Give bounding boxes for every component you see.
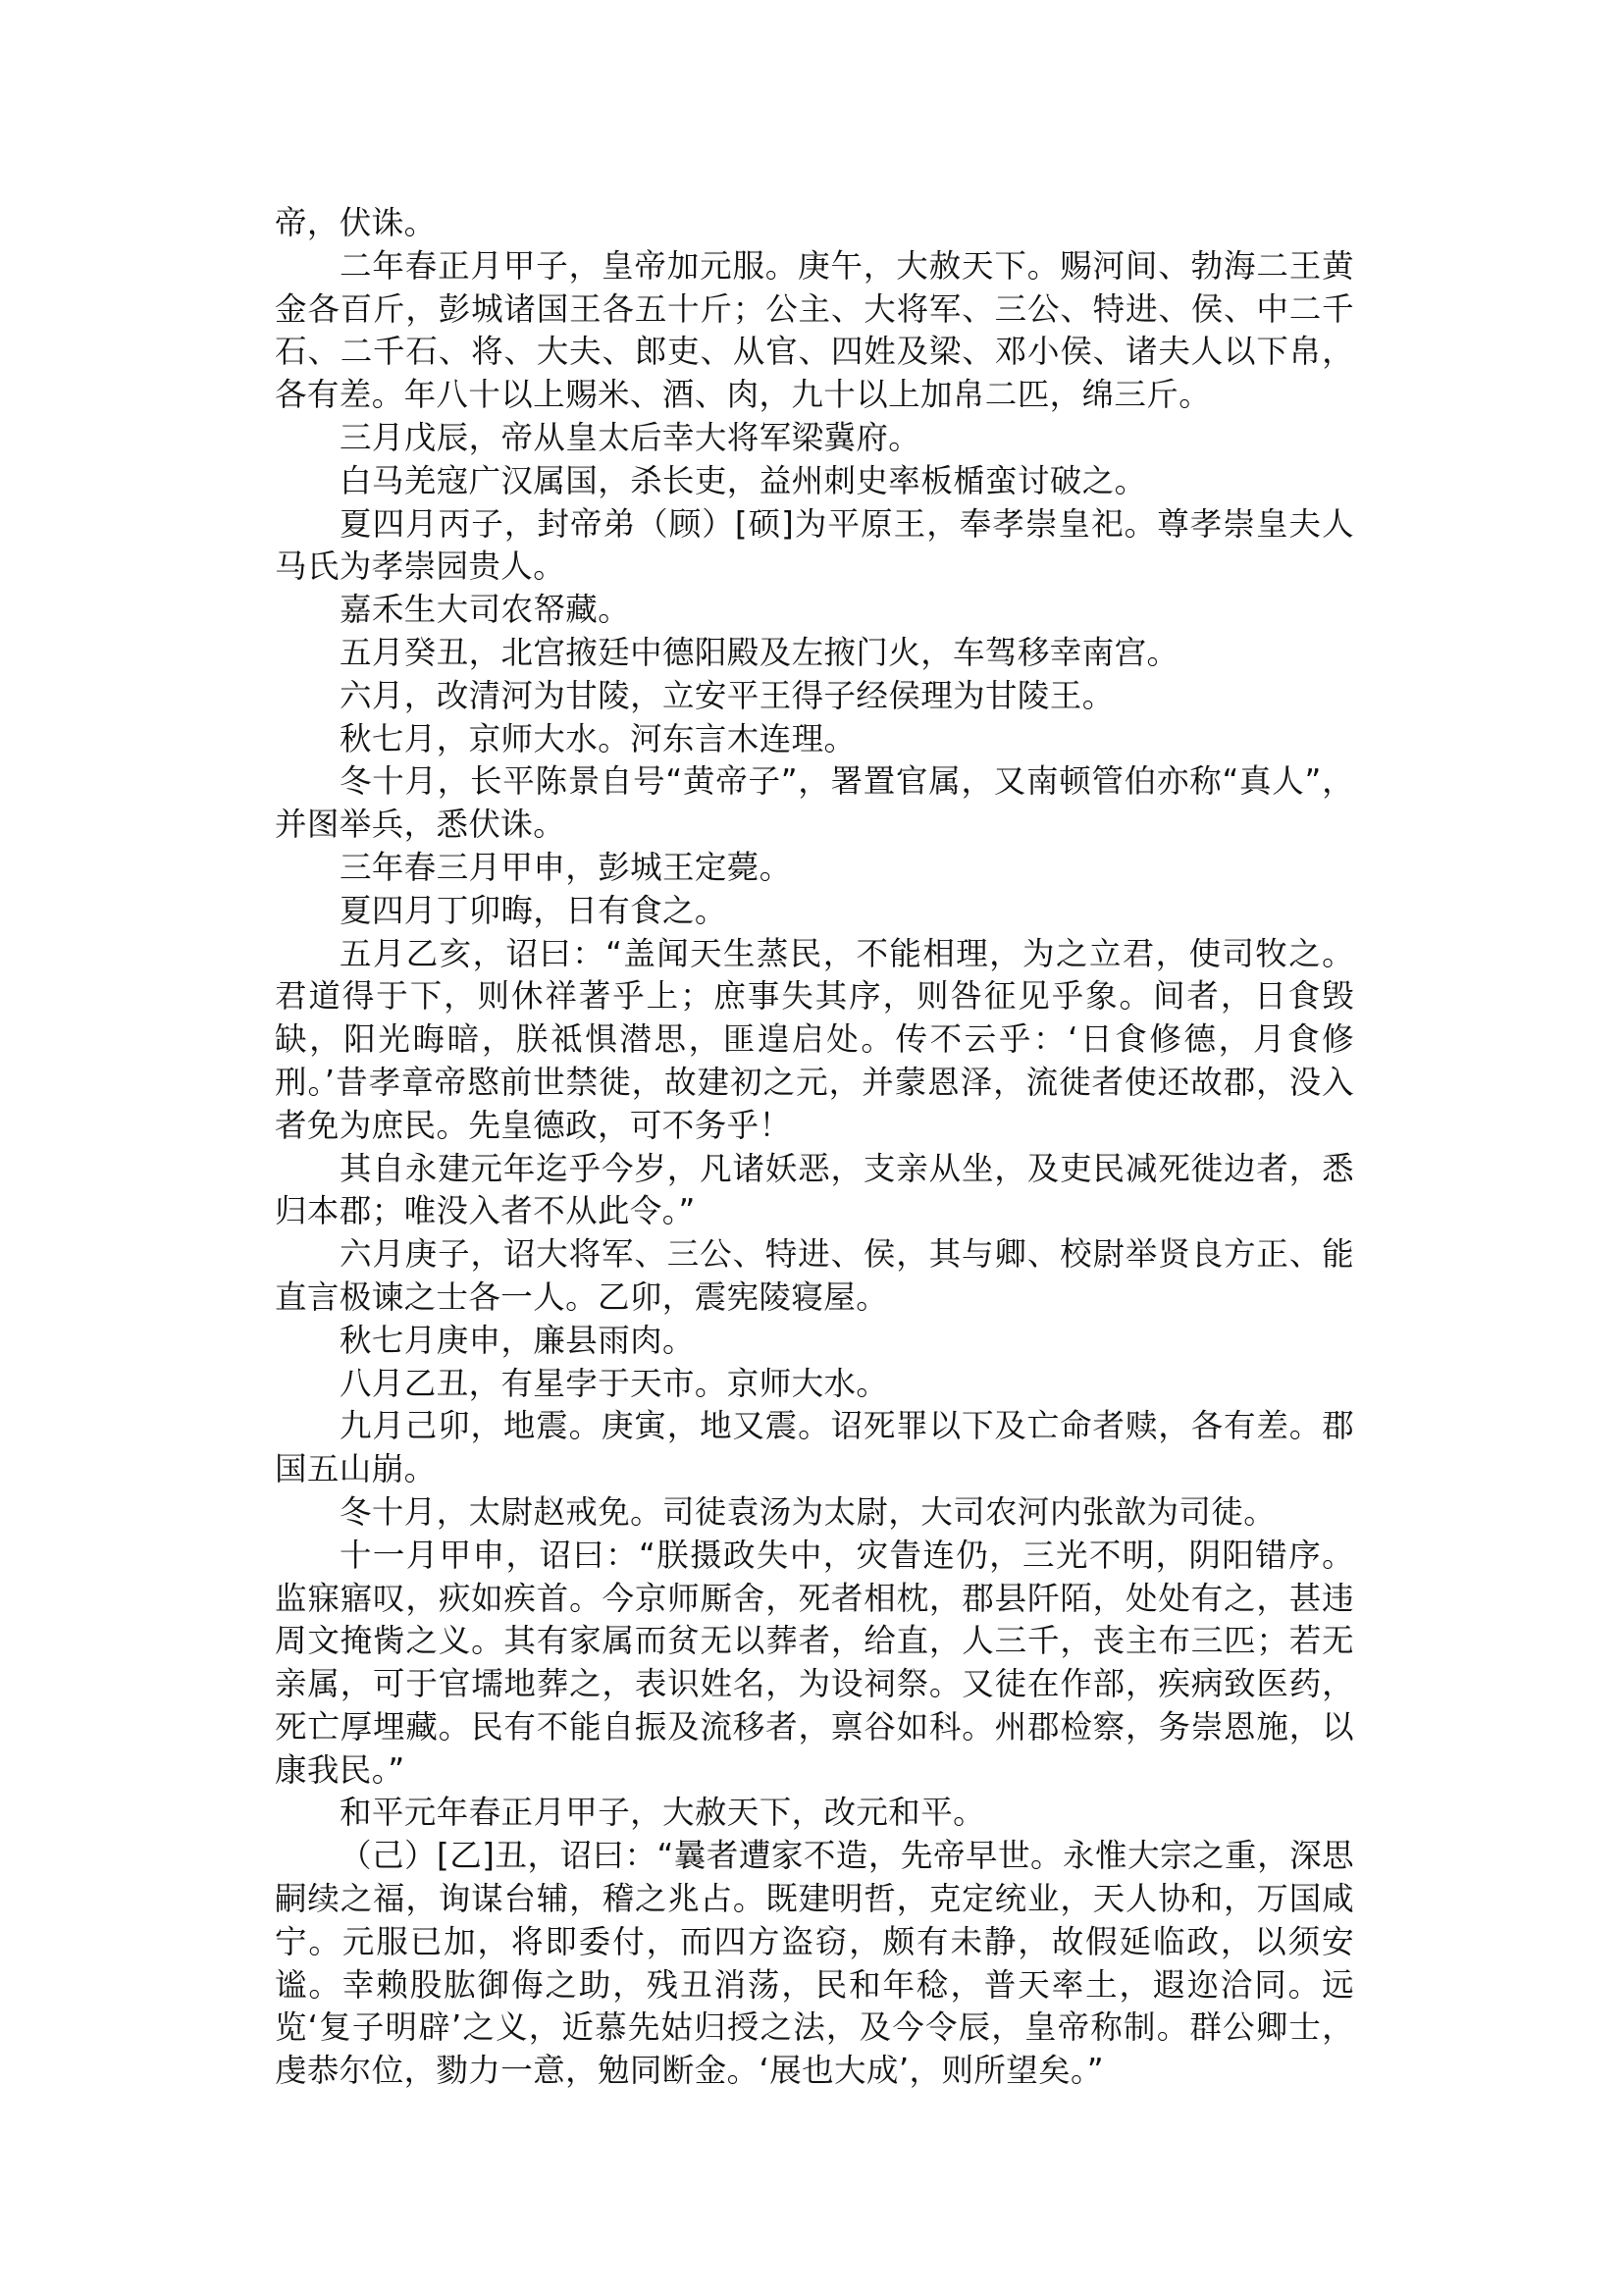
- paragraph-year2-spring: 二年春正月甲子，皇帝加元服。庚午，大赦天下。赐河间、勃海二王黄金各百斤，彭城诸国…: [275, 245, 1354, 417]
- paragraph-autumn-flood: 秋七月，京师大水。河东言木连理。: [275, 718, 1354, 761]
- paragraph-baima-qiang: 白马羌寇广汉属国，杀长吏，益州刺史率板楯蛮讨破之。: [275, 460, 1354, 503]
- paragraph-winter-rebels: 冬十月，长平陈景自号“黄帝子”，署置官属，又南顿管伯亦称“真人”，并图举兵，悉伏…: [275, 760, 1354, 847]
- paragraph-edict-fifth-month: 五月乙亥，诏曰：“盖闻天生蒸民，不能相理，为之立君，使司牧之。君道得于下，则休祥…: [275, 933, 1354, 1148]
- paragraph-edict-eleventh-month: 十一月甲申，诏曰：“朕摄政失中，灾眚连仍，三光不明，阴阳错序。监寐寤叹，疢如疾首…: [275, 1535, 1354, 1793]
- paragraph-earthquake: 九月己卯，地震。庚寅，地又震。诏死罪以下及亡命者赎，各有差。郡国五山崩。: [275, 1405, 1354, 1491]
- paragraph-edict-yichou: （己）[乙]丑，诏曰：“曩者遭家不造，先帝早世。永惟大宗之重，深思嗣续之福，询谋…: [275, 1835, 1354, 2093]
- paragraph-summer-fourth-month: 夏四月丙子，封帝弟（顾）[硕]为平原王，奉孝崇皇祀。尊孝崇皇夫人马氏为孝崇园贵人…: [275, 503, 1354, 590]
- document-page: 帝，伏诛。 二年春正月甲子，皇帝加元服。庚午，大赦天下。赐河间、勃海二王黄金各百…: [275, 202, 1354, 2093]
- paragraph-comet: 八月乙丑，有星孛于天市。京师大水。: [275, 1363, 1354, 1406]
- paragraph-sixth-month-gengzi: 六月庚子，诏大将军、三公、特进、侯，其与卿、校尉举贤良方正、能直言极谏之士各一人…: [275, 1233, 1354, 1320]
- paragraph-taiwei-change: 冬十月，太尉赵戒免。司徒袁汤为太尉，大司农河内张歆为司徒。: [275, 1491, 1354, 1535]
- paragraph-sixth-month: 六月，改清河为甘陵，立安平王得子经侯理为甘陵王。: [275, 675, 1354, 718]
- paragraph-rain-meat: 秋七月庚申，廉县雨肉。: [275, 1320, 1354, 1363]
- paragraph-continuation: 帝，伏诛。: [275, 202, 1354, 245]
- paragraph-jiahe: 嘉禾生大司农帑藏。: [275, 589, 1354, 632]
- paragraph-fifth-month-fire: 五月癸丑，北宫掖廷中德阳殿及左掖门火，车驾移幸南宫。: [275, 632, 1354, 675]
- paragraph-edict-continued: 其自永建元年迄乎今岁，凡诸妖恶，支亲从坐，及吏民减死徙边者，悉归本郡；唯没入者不…: [275, 1148, 1354, 1234]
- paragraph-third-month: 三月戊辰，帝从皇太后幸大将军梁冀府。: [275, 417, 1354, 460]
- paragraph-eclipse: 夏四月丁卯晦，日有食之。: [275, 890, 1354, 933]
- paragraph-heping-era: 和平元年春正月甲子，大赦天下，改元和平。: [275, 1792, 1354, 1835]
- paragraph-year3-spring: 三年春三月甲申，彭城王定薨。: [275, 847, 1354, 890]
